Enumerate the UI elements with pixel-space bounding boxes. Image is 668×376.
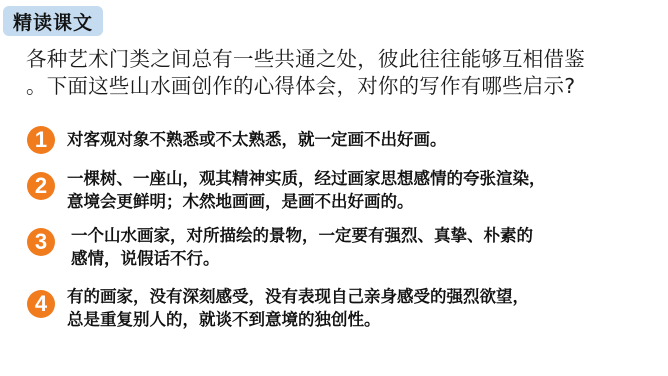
number-circle-1-icon: 1 xyxy=(27,126,55,154)
list-item-text: 对客观对象不熟悉或不太熟悉，就一定画不出好画。 xyxy=(67,128,447,151)
number-circle-4-icon: 4 xyxy=(27,290,55,318)
list-item-text: 一棵树、一座山，观其精神实质，经过画家思想感情的夸张渲染， 意境会更鲜明；木然地… xyxy=(67,167,546,213)
intro-line-1: 各种艺术门类之间总有一些共通之处，彼此往往能够互相借鉴 xyxy=(26,46,656,73)
list-item-4: 4 有的画家，没有深刻感受，没有表现自己亲身感受的强烈欲望， 总是重复别人的，就… xyxy=(27,290,529,331)
list-item-3: 3 一个山水画家，对所描绘的景物，一定要有强烈、真挚、朴素的 感情，说假话不行。 xyxy=(27,228,533,270)
list-item-line: 意境会更鲜明；木然地画画，是画不出好画的。 xyxy=(67,190,546,213)
section-title-badge: 精读课文 xyxy=(3,6,103,36)
list-item-2: 2 一棵树、一座山，观其精神实质，经过画家思想感情的夸张渲染， 意境会更鲜明；木… xyxy=(27,172,546,213)
list-item-1: 1 对客观对象不熟悉或不太熟悉，就一定画不出好画。 xyxy=(27,126,447,154)
intro-line-2: 。下面这些山水画创作的心得体会，对你的写作有哪些启示? xyxy=(26,73,656,100)
list-item-line: 总是重复别人的，就谈不到意境的独创性。 xyxy=(67,308,529,331)
number-circle-2-icon: 2 xyxy=(27,172,55,200)
list-item-text: 一个山水画家，对所描绘的景物，一定要有强烈、真挚、朴素的 感情，说假话不行。 xyxy=(71,224,533,270)
intro-paragraph: 各种艺术门类之间总有一些共通之处，彼此往往能够互相借鉴 。下面这些山水画创作的心… xyxy=(26,46,656,100)
list-item-line: 有的画家，没有深刻感受，没有表现自己亲身感受的强烈欲望， xyxy=(67,285,529,308)
number-circle-3-icon: 3 xyxy=(27,228,55,256)
list-item-text: 有的画家，没有深刻感受，没有表现自己亲身感受的强烈欲望， 总是重复别人的，就谈不… xyxy=(67,285,529,331)
list-item-line: 一棵树、一座山，观其精神实质，经过画家思想感情的夸张渲染， xyxy=(67,167,546,190)
list-item-line: 对客观对象不熟悉或不太熟悉，就一定画不出好画。 xyxy=(67,128,447,151)
list-item-line: 感情，说假话不行。 xyxy=(71,247,533,270)
list-item-line: 一个山水画家，对所描绘的景物，一定要有强烈、真挚、朴素的 xyxy=(71,224,533,247)
section-title: 精读课文 xyxy=(13,8,93,35)
